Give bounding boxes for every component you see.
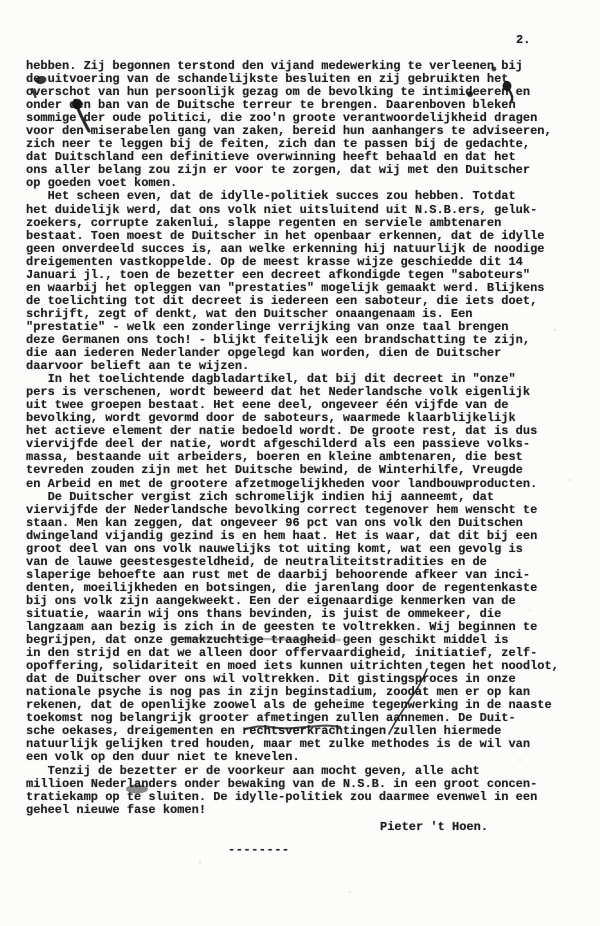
- paragraph-5: Tenzij de bezetter er de voorkeur aan mo…: [26, 765, 586, 817]
- signature: Pieter 't Hoen.: [380, 820, 488, 834]
- page-number: 2.: [516, 33, 530, 47]
- divider-dashes: --------: [228, 843, 290, 857]
- document-body: hebben. Zij begonnen terstond den vijand…: [26, 60, 586, 817]
- paragraph-2: Het scheen even, dat de idylle-politiek …: [26, 190, 586, 373]
- paragraph-4: De Duitscher vergist zich schromelijk in…: [26, 491, 586, 765]
- paragraph-1: hebben. Zij begonnen terstond den vijand…: [26, 60, 586, 190]
- document-page: 2. hebben. Zij begonnen terstond den vij…: [0, 0, 600, 926]
- paragraph-3: In het toelichtende dagbladartikel, dat …: [26, 373, 586, 490]
